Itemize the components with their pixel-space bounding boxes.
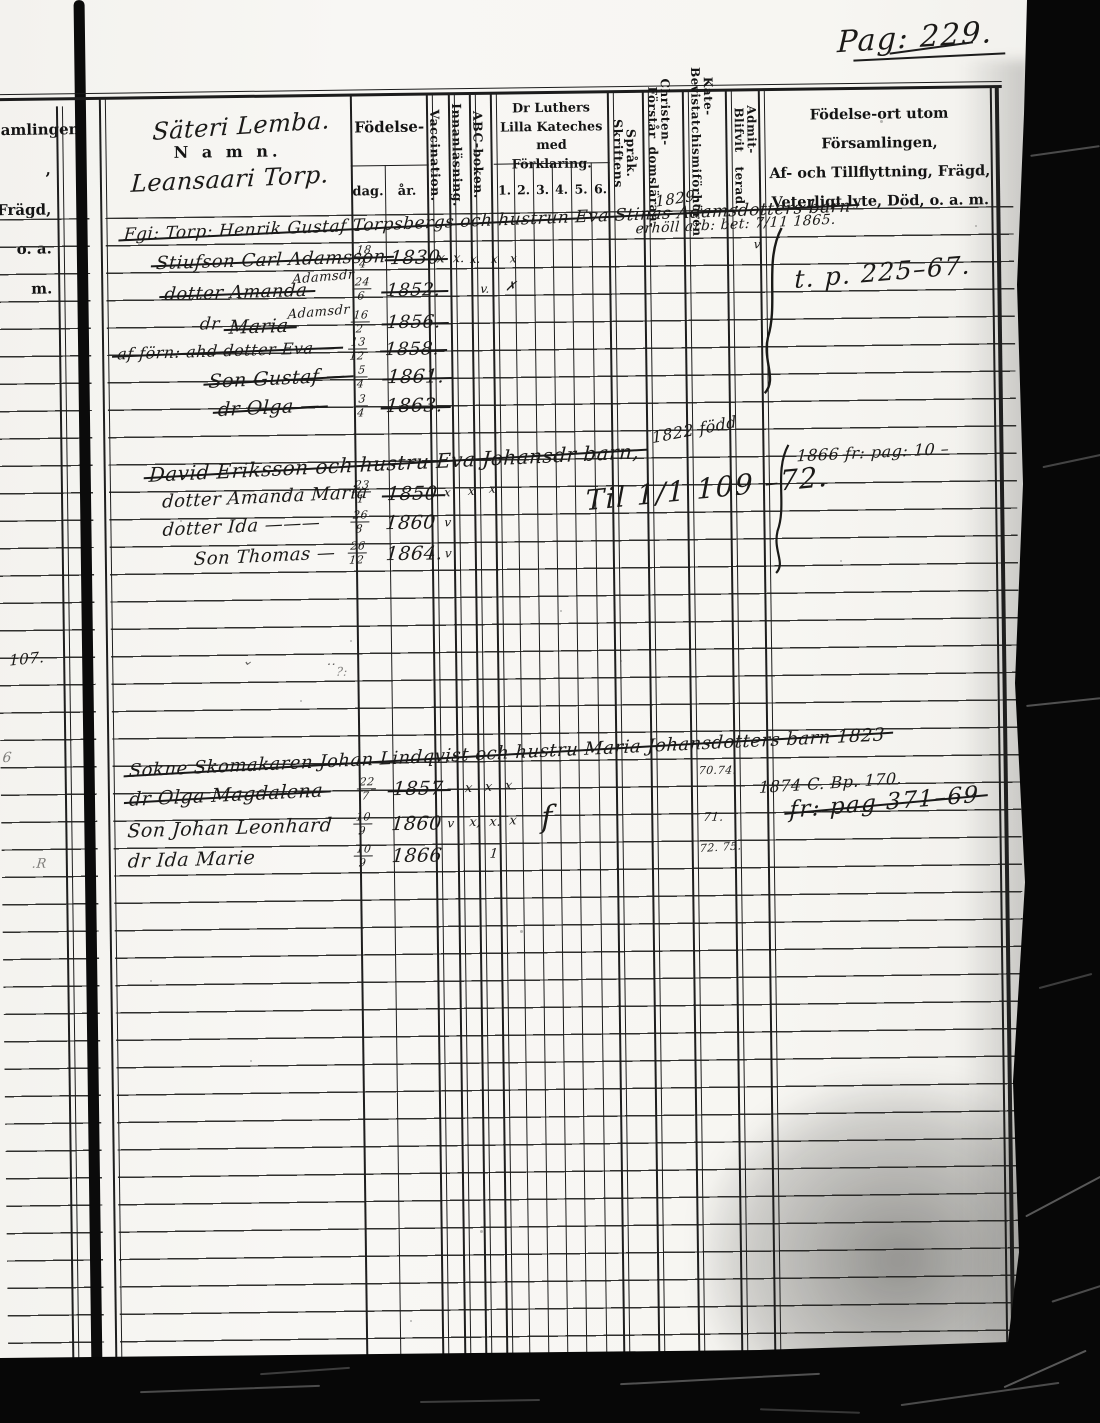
handwritten-text: 1858.	[384, 340, 440, 359]
handwritten-text: x.	[489, 816, 502, 829]
scan-speck	[720, 420, 722, 422]
handwritten-text: 1864.	[385, 544, 444, 564]
col-header-skriftens-sprak: Skriftens Språk.	[611, 95, 644, 211]
handwritten-text: ..	[327, 655, 337, 668]
scan-speck	[480, 1230, 483, 1233]
handwritten-text: 109	[352, 811, 373, 836]
kateches-subcol-3: 3.	[533, 182, 552, 197]
handwritten-text: Pag: 229.	[837, 18, 994, 58]
handwritten-text: x	[443, 486, 451, 498]
scan-speck	[560, 610, 562, 612]
handwritten-text: x.	[469, 253, 481, 265]
scan-speck	[300, 700, 302, 702]
col-header-ar: år.	[385, 184, 429, 200]
handwritten-text: 2612	[347, 540, 368, 565]
handwritten-text: .R	[31, 858, 47, 871]
handwritten-text: 1860	[385, 513, 437, 533]
handwritten-text: 268	[349, 509, 370, 534]
handwritten-text: x.	[452, 252, 465, 265]
handwritten-text: 1850	[386, 484, 438, 504]
handwritten-text: 54	[354, 364, 368, 389]
handwritten-text: 184	[353, 244, 374, 269]
scan-speck	[975, 225, 977, 227]
handwritten-text: 70.74.	[698, 765, 737, 777]
col-header-namn: N a m n.	[104, 141, 350, 163]
handwritten-text: 1860	[390, 814, 442, 834]
handwritten-text: x	[504, 779, 513, 792]
wide-header-line: Födelse-ort utom Församlingen,	[766, 98, 993, 159]
handwritten-text: 34	[355, 393, 369, 418]
handwritten-text: 107.	[9, 650, 44, 669]
scan-speck	[620, 660, 622, 662]
handwritten-text: 231	[351, 479, 372, 504]
handwritten-text: 6	[2, 751, 13, 765]
handwritten-text: v	[444, 516, 452, 528]
kateches-subcol-2: 2.	[514, 182, 533, 197]
header-divider	[351, 165, 429, 167]
scan-speck	[150, 980, 152, 982]
margin-brace	[768, 443, 796, 575]
handwritten-text: 1866	[391, 846, 443, 866]
handwritten-text: 1861.	[387, 367, 446, 387]
kateches-subcol-4: 4.	[552, 182, 571, 197]
handwritten-text: 227	[356, 776, 377, 801]
page-content: samlingen, , Frägd, o. a. m. N a m n. Fö…	[0, 0, 1100, 1423]
col-header-blifvit-admitterad: Blifvit Admit-terad.	[732, 93, 760, 209]
handwritten-text: x	[488, 483, 496, 495]
handwritten-text: 71.	[703, 811, 725, 823]
handwritten-text: 1856.	[386, 313, 442, 332]
handwritten-text: dr Ida Marie	[127, 849, 256, 872]
handwritten-text: v	[444, 547, 452, 559]
handwritten-text: f	[541, 802, 553, 833]
handwritten-text: 1	[489, 848, 498, 861]
scan-speck	[880, 120, 883, 123]
col-header-fodelse: Födelse-	[350, 118, 428, 137]
kateches-subcol-5: 5.	[571, 181, 591, 196]
handwritten-text: 246	[351, 276, 372, 301]
handwritten-text: dr Olga —	[217, 396, 320, 420]
scan-speck	[180, 520, 182, 522]
handwritten-text: 1863.	[385, 396, 444, 416]
handwritten-text: Säteri Lemba.	[152, 108, 331, 144]
handwritten-text: 162	[350, 309, 371, 334]
handwritten-text: ✗	[505, 280, 517, 293]
margin-brace	[758, 225, 790, 397]
scan-speck	[350, 640, 352, 642]
handwritten-text: dr	[199, 316, 221, 333]
handwritten-text: 72. 75.	[700, 840, 742, 854]
handwriting-layer: Pag: 229.Säteri Lemba.Leansaari Torp.Fgi…	[0, 0, 1091, 7]
handwritten-text: 1857	[392, 779, 444, 799]
handwritten-text: ?:	[336, 666, 349, 678]
scan-speck	[840, 560, 842, 562]
handwritten-text: v	[447, 817, 455, 829]
handwritten-text: 1830	[389, 248, 441, 268]
handwritten-text: x	[509, 814, 518, 827]
table-column-lines	[0, 0, 1091, 7]
handwritten-text: Maria	[228, 317, 289, 338]
handwritten-text: Leansaari Torp.	[130, 162, 329, 196]
handwritten-text: x	[436, 251, 445, 265]
handwritten-text: ⌄	[242, 655, 255, 668]
scanned-ledger-page: samlingen, , Frägd, o. a. m. N a m n. Fö…	[0, 0, 1100, 1423]
handwritten-text: x	[464, 782, 473, 795]
handwritten-text: x	[509, 252, 517, 264]
handwritten-text: x,	[469, 816, 482, 829]
handwritten-text: x	[484, 781, 493, 794]
handwritten-text: 1312	[347, 336, 368, 361]
handwritten-text: x	[490, 253, 498, 265]
handwritten-text: 1852.	[386, 281, 442, 300]
scan-speck	[250, 1060, 252, 1062]
wide-header-line: Af- och Tillflyttning, Frägd,	[767, 156, 993, 188]
handwritten-text: x	[467, 485, 475, 497]
handwritten-text: 109	[353, 843, 374, 868]
col-header-dag: dag.	[351, 184, 385, 199]
handwritten-text: dotter Amanda	[164, 282, 308, 304]
prev-page-text-line: samlingen,	[0, 110, 50, 151]
scan-speck	[520, 930, 523, 933]
scan-speck	[410, 1320, 412, 1322]
handwritten-text: v.	[480, 283, 490, 295]
